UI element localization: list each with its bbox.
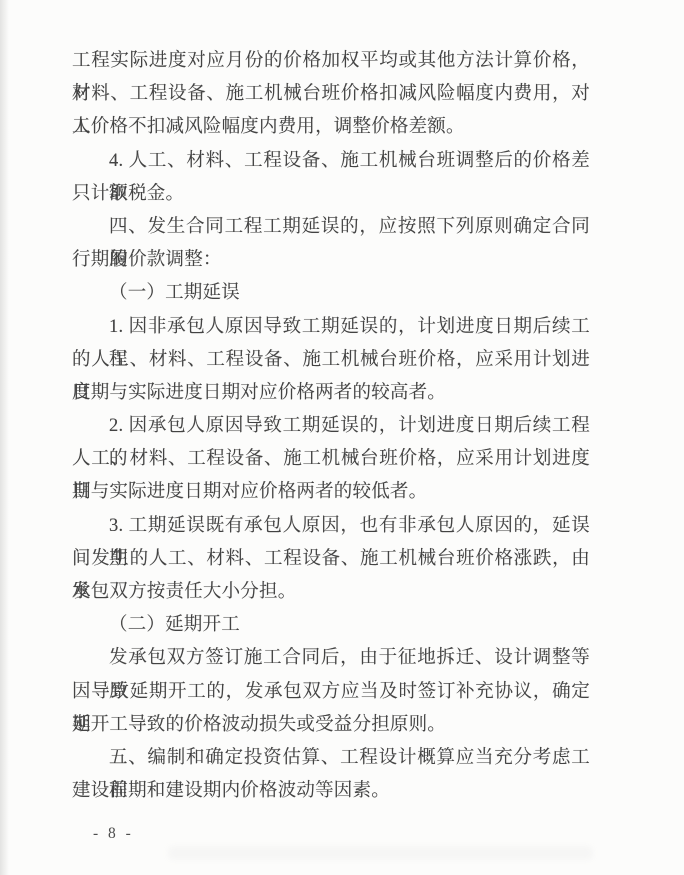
text-line-section-heading: （二）延期开工 xyxy=(72,609,590,642)
text-line: 工程实际进度对应月份的价格加权平均或其他方法计算价格，对 xyxy=(72,45,590,78)
text-line: 建设前期和建设期内价格波动等因素。 xyxy=(72,775,590,808)
text-line: 只计取税金。 xyxy=(72,178,590,211)
text-line: 材料、工程设备、施工机械台班价格扣减风险幅度内费用，对人 xyxy=(72,78,590,111)
document-body-text: 工程实际进度对应月份的价格加权平均或其他方法计算价格，对 材料、工程设备、施工机… xyxy=(72,45,590,808)
text-line: 的人工、材料、工程设备、施工机械台班价格，应采用计划进度 xyxy=(72,344,590,377)
text-line: 五、编制和确定投资估算、工程设计概算应当充分考虑工程 xyxy=(72,742,590,775)
text-line: 期与实际进度日期对应价格两者的较低者。 xyxy=(72,476,590,509)
page-number: - 8 - xyxy=(93,825,134,843)
text-line: 行期的价款调整： xyxy=(72,244,590,277)
text-line: 期开工导致的价格波动损失或受益分担原则。 xyxy=(72,709,590,742)
text-line: 间发生的人工、材料、工程设备、施工机械台班价格涨跌，由发 xyxy=(72,543,590,576)
document-page: 工程实际进度对应月份的价格加权平均或其他方法计算价格，对 材料、工程设备、施工机… xyxy=(0,0,684,875)
text-line: 四、发生合同工程工期延误的，应按照下列原则确定合同履 xyxy=(72,211,590,244)
text-line: 3. 工期延误既有承包人原因，也有非承包人原因的，延误期 xyxy=(72,510,590,543)
scan-edge-shadow xyxy=(0,0,9,875)
text-line: 日期与实际进度日期对应价格两者的较高者。 xyxy=(72,377,590,410)
text-line: 1. 因非承包人原因导致工期延误的，计划进度日期后续工程 xyxy=(72,311,590,344)
text-line: 4. 人工、材料、工程设备、施工机械台班调整后的价格差额 xyxy=(72,145,590,178)
text-line: 发承包双方签订施工合同后，由于征地拆迁、设计调整等原 xyxy=(72,642,590,675)
text-line: 工价格不扣减风险幅度内费用，调整价格差额。 xyxy=(72,111,590,144)
text-line: 人工、材料、工程设备、施工机械台班价格，应采用计划进度日 xyxy=(72,443,590,476)
text-line: 因导致延期开工的，发承包双方应当及时签订补充协议，确定延 xyxy=(72,676,590,709)
text-line: 承包双方按责任大小分担。 xyxy=(72,576,590,609)
scan-bleedthrough-smudge xyxy=(168,846,593,860)
text-line: 2. 因承包人原因导致工期延误的，计划进度日期后续工程的 xyxy=(72,410,590,443)
text-line-section-heading: （一）工期延误 xyxy=(72,277,590,310)
